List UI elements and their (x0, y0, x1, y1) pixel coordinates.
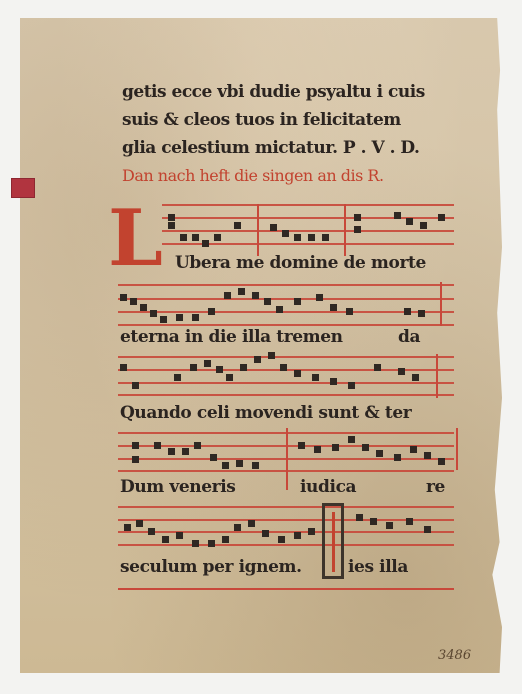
lyric-staff-5-b: ies illa (348, 557, 408, 577)
catalog-number: 3486 (438, 648, 471, 663)
lyric-staff-2-a: eterna in die illa tremen (120, 327, 343, 347)
staff-5 (118, 506, 454, 546)
lyric-staff-4-c: re (426, 477, 445, 497)
lyric-staff-1: Ubera me domine de morte (175, 253, 426, 273)
staff-3 (118, 356, 454, 396)
text-line-3: glia celestium mictatur. P . V . D. (122, 138, 419, 158)
lyric-staff-4-b: iudica (300, 477, 356, 497)
staff-1 (162, 204, 454, 246)
staff-4 (118, 432, 454, 472)
rubric-line: Dan nach heft die singen an dis R. (122, 166, 384, 185)
lyric-staff-3: Quando celi movendi sunt & ter (120, 403, 411, 423)
text-line-2: suis & cleos tuos in felicitatem (122, 110, 401, 130)
red-page-tab (11, 178, 35, 198)
initial-letter-l: L (108, 200, 163, 278)
lyric-staff-4-a: Dum veneris (120, 477, 235, 497)
lyric-staff-5-a: seculum per ignem. (120, 557, 302, 577)
staff-2 (118, 284, 454, 326)
lyric-staff-2-b: da (398, 327, 420, 347)
initial-letter-d-ornamented (322, 503, 344, 579)
bottom-ruling-line (118, 588, 454, 590)
text-line-1: getis ecce vbi dudie psyaltu i cuis (122, 82, 425, 102)
